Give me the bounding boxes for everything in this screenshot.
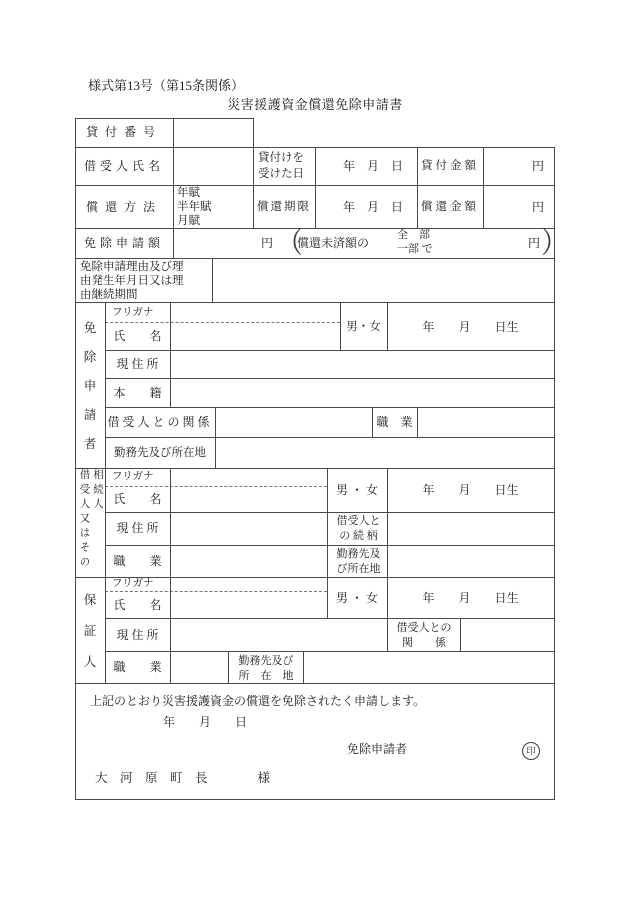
guarantor-name-field[interactable] bbox=[171, 592, 326, 617]
applicant-side-char: 免 bbox=[84, 318, 97, 336]
exemption-reason-label: 免除申請理由及び理 由発生年月日又は理 由継続期間 bbox=[80, 261, 184, 302]
guarantor-sex-options: 男 ・ 女 bbox=[327, 591, 387, 606]
heir-occupation-field[interactable] bbox=[171, 546, 326, 576]
applicant-side-char: 請 bbox=[84, 405, 97, 423]
guarantor-occupation-label: 職 業 bbox=[105, 660, 170, 675]
applicant-name-field[interactable] bbox=[171, 323, 339, 349]
guarantor-furigana-label: フリガナ bbox=[112, 577, 153, 590]
table-border bbox=[75, 799, 555, 800]
close-paren: ） bbox=[541, 228, 568, 259]
repayment-method-options: 年賦 半年賦 月賦 bbox=[177, 187, 212, 228]
borrower-name-field[interactable] bbox=[174, 148, 253, 185]
exemption-yen-left: 円 bbox=[178, 236, 273, 251]
guarantor-side-char: 証 bbox=[84, 621, 97, 639]
applicant-address-field[interactable] bbox=[171, 351, 554, 377]
loan-date-label: 貸付けを 受けた日 bbox=[258, 151, 304, 182]
heir-name-field[interactable] bbox=[171, 487, 326, 511]
heir-workplace-label: 勤務先及 び所在地 bbox=[330, 547, 387, 576]
guarantor-name-label: 氏 名 bbox=[105, 598, 170, 613]
repayment-deadline-label: 償還期限 bbox=[253, 200, 315, 214]
repayment-amount-label: 償還金額 bbox=[417, 200, 483, 214]
heir-address-label: 現 住 所 bbox=[105, 521, 170, 536]
loan-amount-field[interactable] bbox=[484, 148, 539, 185]
applicant-birth-field[interactable] bbox=[388, 303, 554, 349]
applicant-side-char: 者 bbox=[84, 434, 97, 452]
applicant-furigana-field[interactable] bbox=[171, 303, 339, 321]
applicant-signature-field[interactable] bbox=[415, 738, 515, 758]
guarantor-relation-field[interactable] bbox=[461, 619, 554, 650]
option-all: 全 部 bbox=[397, 229, 430, 243]
repayment-method-label: 償還方法 bbox=[75, 200, 173, 215]
heir-birth-field[interactable] bbox=[388, 469, 554, 511]
borrower-name-label: 借受人氏名 bbox=[75, 159, 173, 174]
exemption-yen-right: 円 bbox=[500, 236, 540, 251]
heir-relation-label: 借受人と の 続 柄 bbox=[330, 514, 387, 543]
table-border bbox=[228, 651, 229, 683]
application-form-page: 様式第13号（第15条関係） 災害援護資金償還免除申請書 貸付番号 借受人 bbox=[0, 0, 630, 903]
applicant-workplace-label: 勤務先及び所在地 bbox=[105, 446, 215, 460]
guarantor-address-label: 現 住 所 bbox=[105, 628, 170, 643]
applicant-address-label: 現 住 所 bbox=[105, 357, 170, 372]
guarantor-side-char: 保 bbox=[84, 590, 97, 608]
heir-section-label: 相続人 借受人又はその bbox=[77, 469, 104, 577]
guarantor-birth-field[interactable] bbox=[388, 578, 554, 617]
applicant-relation-label: 借受人との関係 bbox=[105, 415, 215, 430]
heir-sex-options: 男 ・ 女 bbox=[327, 483, 387, 498]
guarantor-address-field[interactable] bbox=[171, 619, 386, 650]
applicant-relation-field[interactable] bbox=[216, 408, 371, 436]
guarantor-workplace-field[interactable] bbox=[304, 652, 554, 682]
applicant-furigana-label: フリガナ bbox=[112, 306, 153, 319]
loan-number-label: 貸付番号 bbox=[75, 125, 173, 140]
applicant-side-char: 除 bbox=[84, 347, 97, 365]
declaration-text: 上記のとおり災害援護資金の償還を免除されたく申請します。 bbox=[90, 694, 425, 709]
repayment-amount-field[interactable] bbox=[484, 186, 539, 227]
guarantor-side-char: 人 bbox=[84, 652, 97, 670]
applicant-name-label: 氏 名 bbox=[105, 329, 170, 344]
exemption-amount-label: 免除申請額 bbox=[75, 236, 173, 251]
seal-mark: 印 bbox=[522, 742, 540, 760]
table-border bbox=[75, 228, 555, 229]
loan-amount-label: 貸付金額 bbox=[417, 159, 483, 173]
exemption-reason-field[interactable] bbox=[213, 259, 554, 301]
option-part: 一部 で bbox=[397, 243, 433, 257]
heir-address-field[interactable] bbox=[171, 513, 326, 544]
applicant-occupation-label: 職 業 bbox=[372, 415, 417, 430]
applicant-workplace-field[interactable] bbox=[216, 438, 554, 467]
guarantor-relation-label: 借受人との 関 係 bbox=[390, 621, 458, 650]
guarantor-occupation-field[interactable] bbox=[171, 652, 227, 682]
applicant-section-label: 免 除 申 請 者 bbox=[75, 307, 105, 463]
applicant-signature-label: 免除申請者 bbox=[347, 742, 407, 757]
seal-character: 印 bbox=[526, 747, 535, 756]
heir-furigana-label: フリガナ bbox=[112, 470, 153, 483]
applicant-domicile-field[interactable] bbox=[171, 379, 554, 406]
table-border bbox=[75, 683, 555, 684]
applicant-domicile-label: 本 籍 bbox=[105, 386, 170, 401]
applicant-occupation-field[interactable] bbox=[418, 408, 554, 436]
loan-date-field[interactable] bbox=[316, 148, 416, 185]
form-number: 様式第13号（第15条関係） bbox=[88, 78, 244, 94]
heir-furigana-field[interactable] bbox=[171, 469, 326, 485]
loan-number-field[interactable] bbox=[174, 119, 253, 147]
page-title: 災害援護資金償還免除申請書 bbox=[75, 97, 555, 113]
heir-relation-field[interactable] bbox=[388, 513, 554, 544]
addressee-line: 大 河 原 町 長 様 bbox=[95, 771, 270, 787]
guarantor-furigana-field[interactable] bbox=[171, 578, 326, 590]
applicant-sex-options: 男・女 bbox=[340, 320, 387, 334]
repayment-deadline-field[interactable] bbox=[316, 186, 416, 227]
heir-occupation-label: 職 業 bbox=[105, 554, 170, 569]
heir-workplace-field[interactable] bbox=[388, 546, 554, 576]
heir-name-label: 氏 名 bbox=[105, 492, 170, 507]
guarantor-section-label: 保 証 人 bbox=[75, 577, 105, 683]
guarantor-workplace-label: 勤務先及び 所 在 地 bbox=[231, 654, 301, 683]
application-date-field[interactable] bbox=[145, 713, 285, 731]
applicant-side-char: 申 bbox=[84, 376, 97, 394]
outstanding-note: 償還未済額の bbox=[297, 236, 369, 251]
